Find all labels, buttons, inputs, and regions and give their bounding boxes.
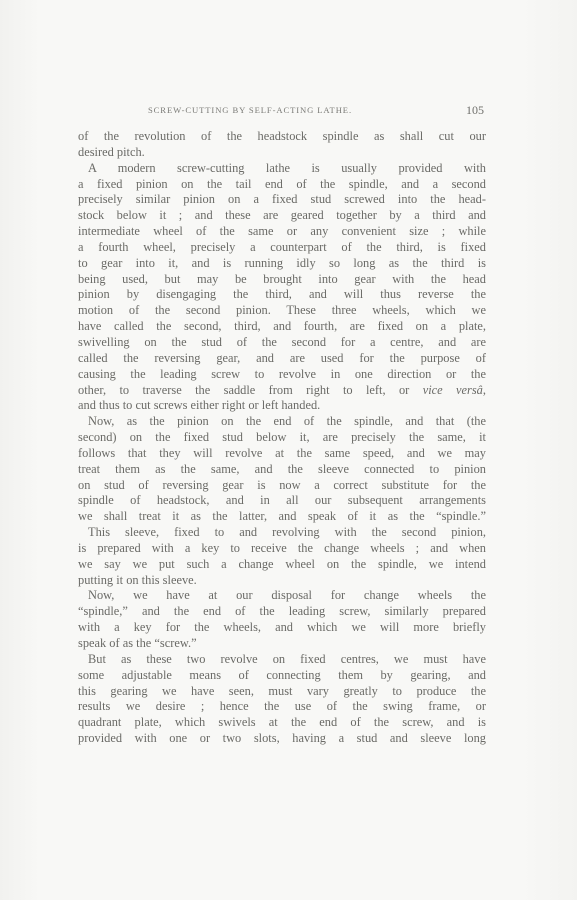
text-line: pinion by disengaging the third, and wil…: [78, 287, 486, 303]
running-head: SCREW-CUTTING BY SELF-ACTING LATHE. 105: [148, 103, 484, 119]
text-line: called the reversing gear, and are used …: [78, 351, 486, 367]
text-line: swivelling on the stud of the second for…: [78, 335, 486, 351]
text-line: treat them as the same, and the sleeve c…: [78, 462, 486, 478]
text-line: we say we put such a change wheel on the…: [78, 557, 486, 573]
text-line: Now, as the pinion on the end of the spi…: [78, 414, 486, 430]
text-line: A modern screw-cutting lathe is usually …: [78, 161, 486, 177]
text-line: of the revolution of the headstock spind…: [78, 129, 486, 145]
text-line: intermediate wheel of the same or any co…: [78, 224, 486, 240]
text-line: results we desire ; hence the use of the…: [78, 699, 486, 715]
text-line: we shall treat it as the latter, and spe…: [78, 509, 486, 525]
text-line: precisely similar pinion on a fixed stud…: [78, 192, 486, 208]
text-line: this gearing we have seen, must vary gre…: [78, 684, 486, 700]
text-line: Now, we have at our disposal for change …: [78, 588, 486, 604]
text-line: desired pitch.: [78, 145, 486, 161]
text-line: This sleeve, fixed to and revolving with…: [78, 525, 486, 541]
text-line: to gear into it, and is running idly so …: [78, 256, 486, 272]
text-line: motion of the second pinion. These three…: [78, 303, 486, 319]
text-line: on stud of reversing gear is now a corre…: [78, 478, 486, 494]
text-line: follows that they will revolve at the sa…: [78, 446, 486, 462]
text-line: speak of as the “screw.”: [78, 636, 486, 652]
text-line: second) on the fixed stud below it, are …: [78, 430, 486, 446]
text-line: some adjustable means of connecting them…: [78, 668, 486, 684]
text-line: other, to traverse the saddle from right…: [78, 383, 486, 399]
italic-phrase: vice versâ: [423, 383, 483, 397]
running-title: SCREW-CUTTING BY SELF-ACTING LATHE.: [148, 105, 352, 115]
text-line: being used, but may be brought into gear…: [78, 272, 486, 288]
text-line: quadrant plate, which swivels at the end…: [78, 715, 486, 731]
text-line: putting it on this sleeve.: [78, 573, 486, 589]
text-line: have called the second, third, and fourt…: [78, 319, 486, 335]
text-line: causing the leading screw to revolve in …: [78, 367, 486, 383]
text-line: with a key for the wheels, and which we …: [78, 620, 486, 636]
text-line: But as these two revolve on fixed centre…: [78, 652, 486, 668]
body-text: of the revolution of the headstock spind…: [78, 129, 486, 747]
page-number: 105: [466, 103, 484, 118]
text-line: a fourth wheel, precisely a counterpart …: [78, 240, 486, 256]
text-line: and thus to cut screws either right or l…: [78, 398, 486, 414]
text-line: provided with one or two slots, having a…: [78, 731, 486, 747]
book-page: SCREW-CUTTING BY SELF-ACTING LATHE. 105 …: [0, 0, 577, 900]
text-line: spindle of headstock, and in all our sub…: [78, 493, 486, 509]
text-line: a fixed pinion on the tail end of the sp…: [78, 177, 486, 193]
text-line: stock below it ; and these are geared to…: [78, 208, 486, 224]
text-line: is prepared with a key to receive the ch…: [78, 541, 486, 557]
text-line: “spindle,” and the end of the leading sc…: [78, 604, 486, 620]
